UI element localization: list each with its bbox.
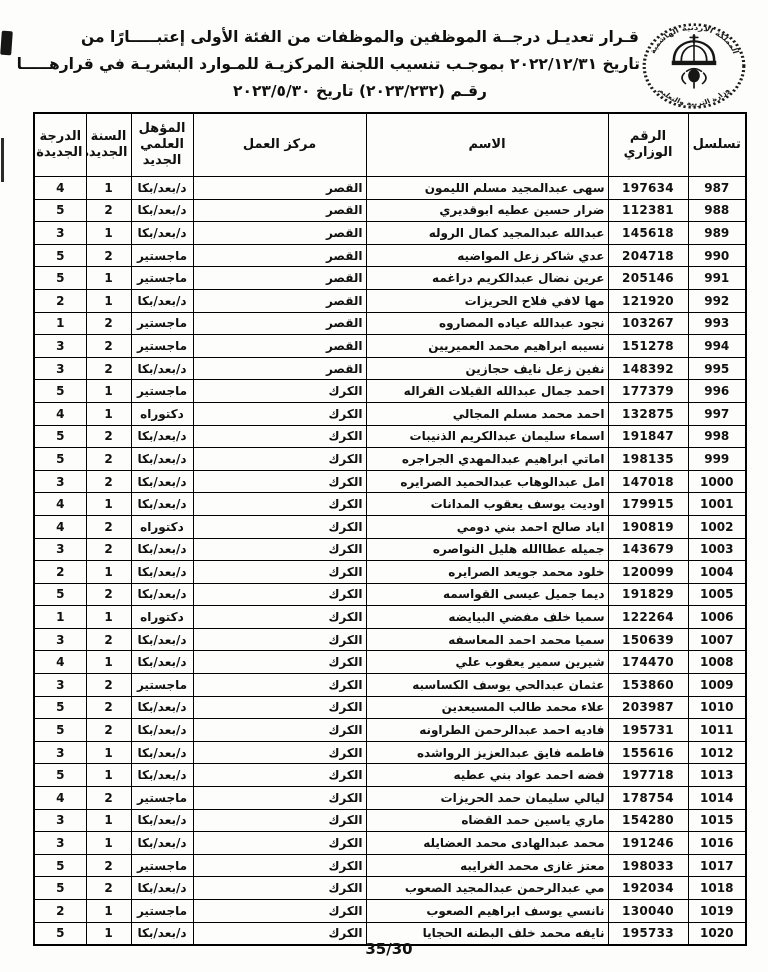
table-row: 994 151278 نسيبه ابراهيم محمد العميريين … [34, 335, 746, 358]
cell-work-center: الكرك [193, 470, 366, 493]
cell-qualification: د/بعد/بكا [131, 448, 193, 471]
cell-new-grade: 3 [34, 357, 86, 380]
cell-name: اماتي ابراهيم عبدالمهدي الجراجره [366, 448, 608, 471]
cell-ministry-number: 197718 [608, 764, 688, 787]
column-header-new-year: السنة الجديدة [86, 113, 131, 177]
cell-qualification: د/بعد/بكا [131, 583, 193, 606]
cell-work-center: الكرك [193, 696, 366, 719]
cell-new-year: 2 [86, 470, 131, 493]
cell-serial: 1004 [688, 561, 746, 584]
cell-serial: 1019 [688, 900, 746, 923]
cell-ministry-number: 205146 [608, 267, 688, 290]
cell-work-center: الكرك [193, 606, 366, 629]
cell-name: خلود محمد جويعد الصرايره [366, 561, 608, 584]
cell-ministry-number: 174470 [608, 651, 688, 674]
cell-name: ليالي سليمان حمد الحريزات [366, 787, 608, 810]
cell-work-center: الكرك [193, 764, 366, 787]
cell-new-grade: 5 [34, 244, 86, 267]
cell-qualification: ماجستير [131, 900, 193, 923]
cell-serial: 1002 [688, 515, 746, 538]
cell-serial: 997 [688, 402, 746, 425]
cell-work-center: الكرك [193, 787, 366, 810]
cell-serial: 992 [688, 289, 746, 312]
table-row: 1003 143679 جميله عطاالله هليل النواصره … [34, 538, 746, 561]
cell-name: نفين زعل نايف حجازين [366, 357, 608, 380]
cell-serial: 989 [688, 222, 746, 245]
cell-new-grade: 3 [34, 809, 86, 832]
cell-work-center: القصر [193, 222, 366, 245]
cell-work-center: الكرك [193, 900, 366, 923]
cell-work-center: الكرك [193, 561, 366, 584]
cell-new-grade: 5 [34, 719, 86, 742]
table-row: 1000 147018 امل عبدالوهاب عبدالحميد الصر… [34, 470, 746, 493]
title-line-1: قـرار تعديـل درجــة الموظفين والموظفات م… [80, 24, 640, 51]
cell-work-center: القصر [193, 312, 366, 335]
scan-mark [0, 31, 13, 56]
cell-ministry-number: 132875 [608, 402, 688, 425]
cell-name: سميا خلف مفضي البيايضه [366, 606, 608, 629]
cell-new-year: 1 [86, 832, 131, 855]
cell-new-grade: 4 [34, 177, 86, 200]
table-row: 1017 198033 معتز غازى محمد الغرايبه الكر… [34, 854, 746, 877]
cell-name: فاديه احمد عبدالرحمن الطراونه [366, 719, 608, 742]
cell-name: احمد جمال عبدالله القيلات القراله [366, 380, 608, 403]
table-row: 992 121920 مها لافي فلاح الحريزات القصر … [34, 289, 746, 312]
table-header: تسلسل الرقم الوزاري الاسم مركز العمل الم… [34, 113, 746, 177]
cell-work-center: القصر [193, 244, 366, 267]
cell-qualification: ماجستير [131, 787, 193, 810]
seal-bottom-text: وزارة التربية والتعليم [657, 86, 732, 107]
cell-work-center: الكرك [193, 628, 366, 651]
cell-new-grade: 2 [34, 289, 86, 312]
cell-ministry-number: 197634 [608, 177, 688, 200]
cell-name: عدي شاكر زعل المواضيه [366, 244, 608, 267]
cell-serial: 1010 [688, 696, 746, 719]
cell-name: اياد صالح احمد بني دومي [366, 515, 608, 538]
cell-new-year: 1 [86, 289, 131, 312]
cell-new-grade: 5 [34, 267, 86, 290]
cell-new-year: 1 [86, 493, 131, 516]
table-row: 1008 174470 شيرين سمير يعقوب علي الكرك د… [34, 651, 746, 674]
cell-serial: 1008 [688, 651, 746, 674]
cell-qualification: د/بعد/بكا [131, 719, 193, 742]
table-row: 1011 195731 فاديه احمد عبدالرحمن الطراون… [34, 719, 746, 742]
table-row: 1016 191246 محمد عبدالهادى محمد العضايله… [34, 832, 746, 855]
cell-new-grade: 3 [34, 470, 86, 493]
cell-name: جميله عطاالله هليل النواصره [366, 538, 608, 561]
cell-new-grade: 3 [34, 628, 86, 651]
seal-bottom-text-holder: وزارة التربية والتعليم [657, 86, 732, 107]
cell-qualification: د/بعد/بكا [131, 696, 193, 719]
cell-work-center: الكرك [193, 741, 366, 764]
cell-serial: 993 [688, 312, 746, 335]
cell-qualification: د/بعد/بكا [131, 289, 193, 312]
cell-qualification: د/بعد/بكا [131, 538, 193, 561]
cell-ministry-number: 178754 [608, 787, 688, 810]
cell-work-center: الكرك [193, 674, 366, 697]
cell-name: نجود عبدالله عياده المصاروه [366, 312, 608, 335]
cell-new-year: 1 [86, 606, 131, 629]
cell-ministry-number: 179915 [608, 493, 688, 516]
crown-icon [672, 35, 717, 88]
cell-new-year: 2 [86, 515, 131, 538]
cell-new-year: 1 [86, 561, 131, 584]
column-header-new-grade: الدرجة الجديدة [34, 113, 86, 177]
cell-name: معتز غازى محمد الغرايبه [366, 854, 608, 877]
cell-name: ضرار حسين عطيه ابوقديري [366, 199, 608, 222]
cell-new-grade: 4 [34, 787, 86, 810]
cell-new-year: 2 [86, 674, 131, 697]
table-row: 1013 197718 فضه احمد عواد بني عطيه الكرك… [34, 764, 746, 787]
cell-serial: 994 [688, 335, 746, 358]
table-row: 991 205146 عرين نضال عبدالكريم دراغمه ال… [34, 267, 746, 290]
cell-qualification: دكتوراه [131, 606, 193, 629]
cell-new-year: 2 [86, 425, 131, 448]
table-row: 998 191847 اسماء سليمان عبدالكريم الذنيب… [34, 425, 746, 448]
cell-new-year: 2 [86, 538, 131, 561]
cell-serial: 1013 [688, 764, 746, 787]
cell-qualification: د/بعد/بكا [131, 809, 193, 832]
cell-serial: 1017 [688, 854, 746, 877]
table-row: 1019 130040 نانسي يوسف ابراهيم الصعوب ال… [34, 900, 746, 923]
cell-name: فضه احمد عواد بني عطيه [366, 764, 608, 787]
cell-qualification: د/بعد/بكا [131, 741, 193, 764]
table-row: 995 148392 نفين زعل نايف حجازين القصر د/… [34, 357, 746, 380]
cell-serial: 1005 [688, 583, 746, 606]
cell-ministry-number: 191847 [608, 425, 688, 448]
table-body: 987 197634 سهى عبدالمجيد مسلم الليمون ال… [34, 177, 746, 946]
cell-name: علاء محمد طالب المسيعدين [366, 696, 608, 719]
cell-qualification: د/بعد/بكا [131, 493, 193, 516]
cell-serial: 999 [688, 448, 746, 471]
table-row: 996 177379 احمد جمال عبدالله القيلات الق… [34, 380, 746, 403]
cell-ministry-number: 103267 [608, 312, 688, 335]
cell-new-grade: 5 [34, 380, 86, 403]
cell-qualification: ماجستير [131, 267, 193, 290]
cell-qualification: دكتوراه [131, 515, 193, 538]
cell-name: عثمان عبدالحي يوسف الكساسبه [366, 674, 608, 697]
cell-new-grade: 4 [34, 515, 86, 538]
cell-new-grade: 5 [34, 199, 86, 222]
ministry-seal: المملكة الأردنية الهاشمية وزارة التربية … [641, 22, 747, 110]
table-row: 987 197634 سهى عبدالمجيد مسلم الليمون ال… [34, 177, 746, 200]
cell-name: نانسي يوسف ابراهيم الصعوب [366, 900, 608, 923]
cell-serial: 1000 [688, 470, 746, 493]
cell-qualification: ماجستير [131, 335, 193, 358]
page-number: 35/30 [33, 940, 745, 958]
table-row: 1002 190819 اياد صالح احمد بني دومي الكر… [34, 515, 746, 538]
cell-new-year: 2 [86, 357, 131, 380]
cell-ministry-number: 112381 [608, 199, 688, 222]
cell-new-year: 1 [86, 651, 131, 674]
cell-serial: 998 [688, 425, 746, 448]
cell-new-grade: 3 [34, 741, 86, 764]
cell-work-center: الكرك [193, 877, 366, 900]
cell-new-grade: 4 [34, 402, 86, 425]
cell-qualification: د/بعد/بكا [131, 199, 193, 222]
cell-name: ماري ياسين حمد القضاه [366, 809, 608, 832]
cell-new-year: 2 [86, 719, 131, 742]
cell-qualification: د/بعد/بكا [131, 877, 193, 900]
cell-qualification: ماجستير [131, 244, 193, 267]
cell-work-center: الكرك [193, 515, 366, 538]
cell-new-grade: 1 [34, 606, 86, 629]
cell-serial: 1016 [688, 832, 746, 855]
cell-work-center: القصر [193, 267, 366, 290]
cell-new-year: 1 [86, 402, 131, 425]
cell-serial: 995 [688, 357, 746, 380]
cell-ministry-number: 177379 [608, 380, 688, 403]
cell-new-grade: 2 [34, 900, 86, 923]
cell-serial: 1011 [688, 719, 746, 742]
cell-work-center: القصر [193, 335, 366, 358]
table-row: 999 198135 اماتي ابراهيم عبدالمهدي الجرا… [34, 448, 746, 471]
employee-grade-table: تسلسل الرقم الوزاري الاسم مركز العمل الم… [33, 112, 747, 946]
table-row: 1012 155616 فاطمه فايق عبدالعزيز الرواشد… [34, 741, 746, 764]
cell-name: احمد محمد مسلم المجالي [366, 402, 608, 425]
cell-serial: 996 [688, 380, 746, 403]
cell-ministry-number: 154280 [608, 809, 688, 832]
cell-new-grade: 5 [34, 696, 86, 719]
cell-name: مها لافي فلاح الحريزات [366, 289, 608, 312]
cell-work-center: القصر [193, 289, 366, 312]
cell-new-year: 2 [86, 199, 131, 222]
column-header-name: الاسم [366, 113, 608, 177]
cell-new-grade: 3 [34, 222, 86, 245]
table-row: 1015 154280 ماري ياسين حمد القضاه الكرك … [34, 809, 746, 832]
cell-serial: 1018 [688, 877, 746, 900]
document-title: قـرار تعديـل درجــة الموظفين والموظفات م… [80, 24, 640, 105]
cell-qualification: ماجستير [131, 674, 193, 697]
cell-ministry-number: 143679 [608, 538, 688, 561]
cell-new-year: 2 [86, 877, 131, 900]
cell-qualification: ماجستير [131, 380, 193, 403]
cell-work-center: الكرك [193, 809, 366, 832]
cell-qualification: د/بعد/بكا [131, 561, 193, 584]
cell-serial: 1009 [688, 674, 746, 697]
cell-qualification: د/بعد/بكا [131, 177, 193, 200]
cell-name: محمد عبدالهادى محمد العضايله [366, 832, 608, 855]
cell-serial: 991 [688, 267, 746, 290]
table-row: 1018 192034 مي عبدالرحمن عبدالمجيد الصعو… [34, 877, 746, 900]
cell-name: اوديت يوسف يعقوب المدانات [366, 493, 608, 516]
table-row: 1009 153860 عثمان عبدالحي يوسف الكساسبه … [34, 674, 746, 697]
cell-ministry-number: 198033 [608, 854, 688, 877]
cell-serial: 1012 [688, 741, 746, 764]
cell-work-center: الكرك [193, 538, 366, 561]
cell-serial: 990 [688, 244, 746, 267]
cell-name: عبدالله عبدالمجيد كمال الروله [366, 222, 608, 245]
table-row: 988 112381 ضرار حسين عطيه ابوقديري القصر… [34, 199, 746, 222]
cell-ministry-number: 148392 [608, 357, 688, 380]
cell-new-grade: 3 [34, 335, 86, 358]
cell-qualification: ماجستير [131, 312, 193, 335]
cell-qualification: د/بعد/بكا [131, 470, 193, 493]
cell-new-grade: 3 [34, 674, 86, 697]
cell-new-year: 2 [86, 854, 131, 877]
cell-ministry-number: 151278 [608, 335, 688, 358]
cell-name: ديما جميل عيسى القواسمه [366, 583, 608, 606]
cell-qualification: ماجستير [131, 854, 193, 877]
cell-new-year: 2 [86, 787, 131, 810]
table-header-row: تسلسل الرقم الوزاري الاسم مركز العمل الم… [34, 113, 746, 177]
cell-new-grade: 5 [34, 764, 86, 787]
column-header-ministry-number: الرقم الوزاري [608, 113, 688, 177]
cell-name: سهى عبدالمجيد مسلم الليمون [366, 177, 608, 200]
cell-new-year: 1 [86, 809, 131, 832]
cell-new-year: 1 [86, 741, 131, 764]
cell-qualification: د/بعد/بكا [131, 628, 193, 651]
cell-ministry-number: 150639 [608, 628, 688, 651]
cell-serial: 1006 [688, 606, 746, 629]
cell-ministry-number: 204718 [608, 244, 688, 267]
cell-new-grade: 3 [34, 538, 86, 561]
cell-work-center: القصر [193, 357, 366, 380]
cell-new-year: 2 [86, 312, 131, 335]
cell-serial: 987 [688, 177, 746, 200]
cell-qualification: د/بعد/بكا [131, 425, 193, 448]
cell-serial: 1007 [688, 628, 746, 651]
table-row: 1004 120099 خلود محمد جويعد الصرايره الك… [34, 561, 746, 584]
column-header-work-center: مركز العمل [193, 113, 366, 177]
cell-ministry-number: 198135 [608, 448, 688, 471]
cell-new-year: 1 [86, 900, 131, 923]
cell-serial: 1001 [688, 493, 746, 516]
table-row: 1007 150639 سميا محمد احمد المعاسفه الكر… [34, 628, 746, 651]
cell-work-center: الكرك [193, 651, 366, 674]
cell-work-center: الكرك [193, 583, 366, 606]
cell-qualification: د/بعد/بكا [131, 832, 193, 855]
cell-work-center: الكرك [193, 448, 366, 471]
scan-mark [1, 138, 4, 182]
cell-name: شيرين سمير يعقوب علي [366, 651, 608, 674]
cell-ministry-number: 191246 [608, 832, 688, 855]
cell-qualification: د/بعد/بكا [131, 764, 193, 787]
cell-new-year: 2 [86, 696, 131, 719]
cell-new-grade: 4 [34, 493, 86, 516]
cell-work-center: الكرك [193, 832, 366, 855]
cell-new-year: 2 [86, 335, 131, 358]
cell-new-grade: 5 [34, 877, 86, 900]
table-row: 989 145618 عبدالله عبدالمجيد كمال الروله… [34, 222, 746, 245]
cell-name: نسيبه ابراهيم محمد العميريين [366, 335, 608, 358]
cell-ministry-number: 130040 [608, 900, 688, 923]
cell-new-year: 2 [86, 244, 131, 267]
cell-ministry-number: 120099 [608, 561, 688, 584]
cell-qualification: د/بعد/بكا [131, 222, 193, 245]
cell-serial: 1003 [688, 538, 746, 561]
table-row: 997 132875 احمد محمد مسلم المجالي الكرك … [34, 402, 746, 425]
cell-new-year: 2 [86, 448, 131, 471]
cell-ministry-number: 155616 [608, 741, 688, 764]
cell-work-center: الكرك [193, 719, 366, 742]
cell-name: فاطمه فايق عبدالعزيز الرواشده [366, 741, 608, 764]
cell-ministry-number: 191829 [608, 583, 688, 606]
cell-serial: 1015 [688, 809, 746, 832]
cell-work-center: الكرك [193, 402, 366, 425]
scanned-document-page: المملكة الأردنية الهاشمية وزارة التربية … [0, 0, 768, 972]
cell-new-grade: 5 [34, 583, 86, 606]
cell-work-center: الكرك [193, 425, 366, 448]
cell-serial: 1014 [688, 787, 746, 810]
cell-qualification: د/بعد/بكا [131, 651, 193, 674]
cell-name: اسماء سليمان عبدالكريم الذنيبات [366, 425, 608, 448]
cell-new-grade: 1 [34, 312, 86, 335]
cell-ministry-number: 195731 [608, 719, 688, 742]
cell-work-center: القصر [193, 177, 366, 200]
cell-new-year: 1 [86, 267, 131, 290]
table-row: 1005 191829 ديما جميل عيسى القواسمه الكر… [34, 583, 746, 606]
column-header-serial: تسلسل [688, 113, 746, 177]
cell-new-year: 1 [86, 222, 131, 245]
cell-new-year: 1 [86, 380, 131, 403]
cell-new-year: 1 [86, 177, 131, 200]
cell-serial: 988 [688, 199, 746, 222]
cell-new-grade: 3 [34, 832, 86, 855]
cell-new-grade: 5 [34, 854, 86, 877]
cell-name: مي عبدالرحمن عبدالمجيد الصعوب [366, 877, 608, 900]
cell-ministry-number: 121920 [608, 289, 688, 312]
cell-work-center: القصر [193, 199, 366, 222]
cell-work-center: الكرك [193, 493, 366, 516]
cell-new-year: 2 [86, 628, 131, 651]
cell-ministry-number: 192034 [608, 877, 688, 900]
cell-new-year: 2 [86, 583, 131, 606]
cell-work-center: الكرك [193, 380, 366, 403]
table-row: 993 103267 نجود عبدالله عياده المصاروه ا… [34, 312, 746, 335]
cell-ministry-number: 153860 [608, 674, 688, 697]
cell-new-year: 1 [86, 764, 131, 787]
cell-qualification: د/بعد/بكا [131, 357, 193, 380]
title-line-3: رقـم (٢٠٢٣/٢٣٢) تاريخ ٢٠٢٣/٥/٣٠ [80, 78, 640, 105]
cell-name: سميا محمد احمد المعاسفه [366, 628, 608, 651]
cell-ministry-number: 203987 [608, 696, 688, 719]
cell-ministry-number: 190819 [608, 515, 688, 538]
table-row: 1010 203987 علاء محمد طالب المسيعدين الك… [34, 696, 746, 719]
cell-qualification: دكتوراه [131, 402, 193, 425]
cell-ministry-number: 122264 [608, 606, 688, 629]
table-row: 990 204718 عدي شاكر زعل المواضيه القصر م… [34, 244, 746, 267]
cell-name: عرين نضال عبدالكريم دراغمه [366, 267, 608, 290]
cell-ministry-number: 147018 [608, 470, 688, 493]
cell-work-center: الكرك [193, 854, 366, 877]
cell-new-grade: 5 [34, 425, 86, 448]
table-row: 1006 122264 سميا خلف مفضي البيايضه الكرك… [34, 606, 746, 629]
cell-new-grade: 4 [34, 651, 86, 674]
cell-name: امل عبدالوهاب عبدالحميد الصرايره [366, 470, 608, 493]
table-row: 1014 178754 ليالي سليمان حمد الحريزات ال… [34, 787, 746, 810]
cell-ministry-number: 145618 [608, 222, 688, 245]
cell-new-grade: 2 [34, 561, 86, 584]
column-header-new-qualification: المؤهل العلمي الجديد [131, 113, 193, 177]
cell-new-grade: 5 [34, 448, 86, 471]
table-row: 1001 179915 اوديت يوسف يعقوب المدانات ال… [34, 493, 746, 516]
title-line-2: تاريخ ٢٠٢٢/١٢/٣١ بموجـب تنسيب اللجنة الم… [80, 51, 640, 78]
